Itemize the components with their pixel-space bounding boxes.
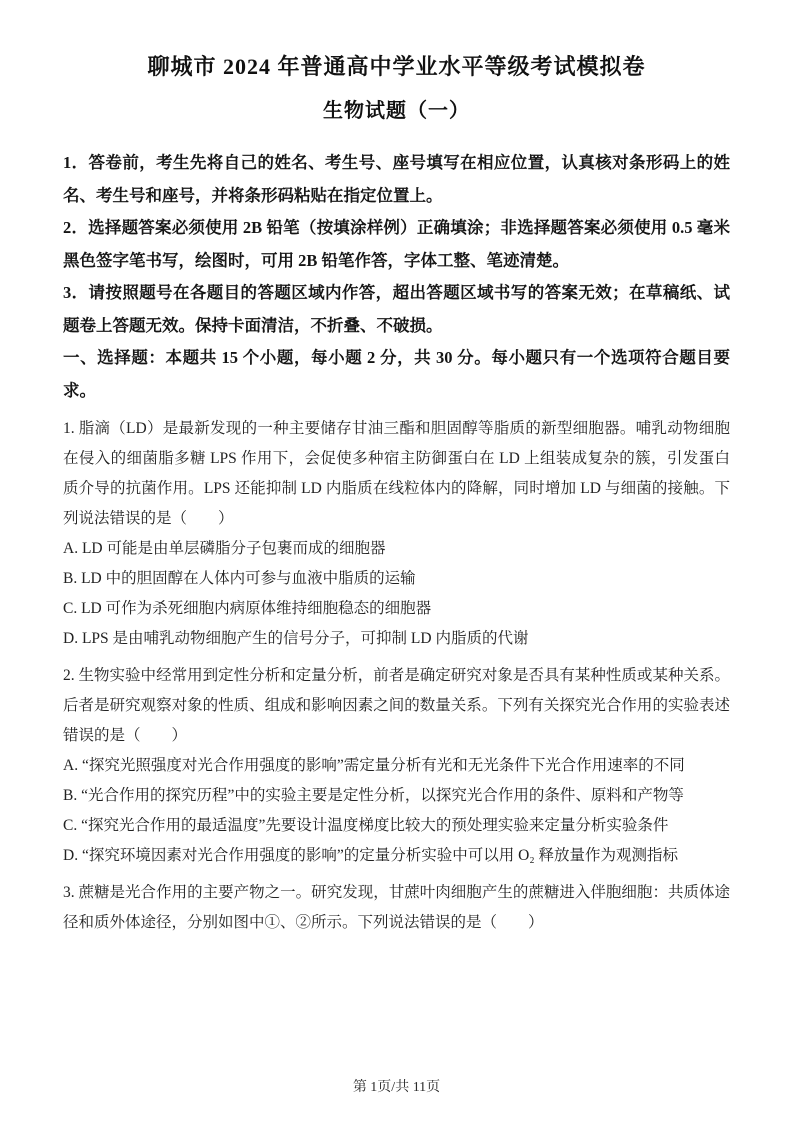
document-subtitle: 生物试题（一） bbox=[63, 97, 730, 125]
question-2-option-c: C. “探究光合作用的最适温度”先要设计温度梯度比较大的预处理实验来定量分析实验… bbox=[63, 811, 730, 841]
notice-3: 3．请按照题号在各题目的答题区域内作答，超出答题区域书写的答案无效；在草稿纸、试… bbox=[63, 277, 730, 342]
question-1-option-c: C. LD 可作为杀死细胞内病原体维持细胞稳态的细胞器 bbox=[63, 594, 730, 624]
page-content: 聊城市 2024 年普通高中学业水平等级考试模拟卷 生物试题（一） 1．答卷前，… bbox=[0, 52, 793, 938]
exam-notices: 1．答卷前，考生先将自己的姓名、考生号、座号填写在相应位置，认真核对条形码上的姓… bbox=[63, 147, 730, 342]
question-1-option-a: A. LD 可能是由单层磷脂分子包裹而成的细胞器 bbox=[63, 534, 730, 564]
notice-1: 1．答卷前，考生先将自己的姓名、考生号、座号填写在相应位置，认真核对条形码上的姓… bbox=[63, 147, 730, 212]
question-2-option-b: B. “光合作用的探究历程”中的实验主要是定性分析，以探究光合作用的条件、原料和… bbox=[63, 781, 730, 811]
question-3-stem: 3. 蔗糖是光合作用的主要产物之一。研究发现，甘蔗叶肉细胞产生的蔗糖进入伴胞细胞… bbox=[63, 878, 730, 938]
question-2-option-a: A. “探究光照强度对光合作用强度的影响”需定量分析有光和无光条件下光合作用速率… bbox=[63, 751, 730, 781]
question-3: 3. 蔗糖是光合作用的主要产物之一。研究发现，甘蔗叶肉细胞产生的蔗糖进入伴胞细胞… bbox=[63, 878, 730, 938]
question-1: 1. 脂滴（LD）是最新发现的一种主要储存甘油三酯和胆固醇等脂质的新型细胞器。哺… bbox=[63, 414, 730, 654]
question-2-stem: 2. 生物实验中经常用到定性分析和定量分析，前者是确定研究对象是否具有某种性质或… bbox=[63, 661, 730, 751]
page-footer: 第 1页/共 11页 bbox=[0, 1080, 793, 1096]
question-1-stem: 1. 脂滴（LD）是最新发现的一种主要储存甘油三酯和胆固醇等脂质的新型细胞器。哺… bbox=[63, 414, 730, 534]
question-1-option-d: D. LPS 是由哺乳动物细胞产生的信号分子，可抑制 LD 内脂质的代谢 bbox=[63, 624, 730, 654]
question-2-option-d: D. “探究环境因素对光合作用强度的影响”的定量分析实验中可以用 O₂ 释放量作… bbox=[63, 841, 730, 871]
notice-2: 2．选择题答案必须使用 2B 铅笔（按填涂样例）正确填涂；非选择题答案必须使用 … bbox=[63, 212, 730, 277]
question-list: 1. 脂滴（LD）是最新发现的一种主要储存甘油三酯和胆固醇等脂质的新型细胞器。哺… bbox=[63, 414, 730, 938]
question-2: 2. 生物实验中经常用到定性分析和定量分析，前者是确定研究对象是否具有某种性质或… bbox=[63, 661, 730, 871]
question-1-option-b: B. LD 中的胆固醇在人体内可参与血液中脂质的运输 bbox=[63, 564, 730, 594]
exam-paper-page: 聊城市 2024 年普通高中学业水平等级考试模拟卷 生物试题（一） 1．答卷前，… bbox=[0, 0, 793, 1122]
section-heading-multiple-choice: 一、选择题：本题共 15 个小题，每小题 2 分，共 30 分。每小题只有一个选… bbox=[63, 342, 730, 407]
document-title: 聊城市 2024 年普通高中学业水平等级考试模拟卷 bbox=[63, 52, 730, 82]
